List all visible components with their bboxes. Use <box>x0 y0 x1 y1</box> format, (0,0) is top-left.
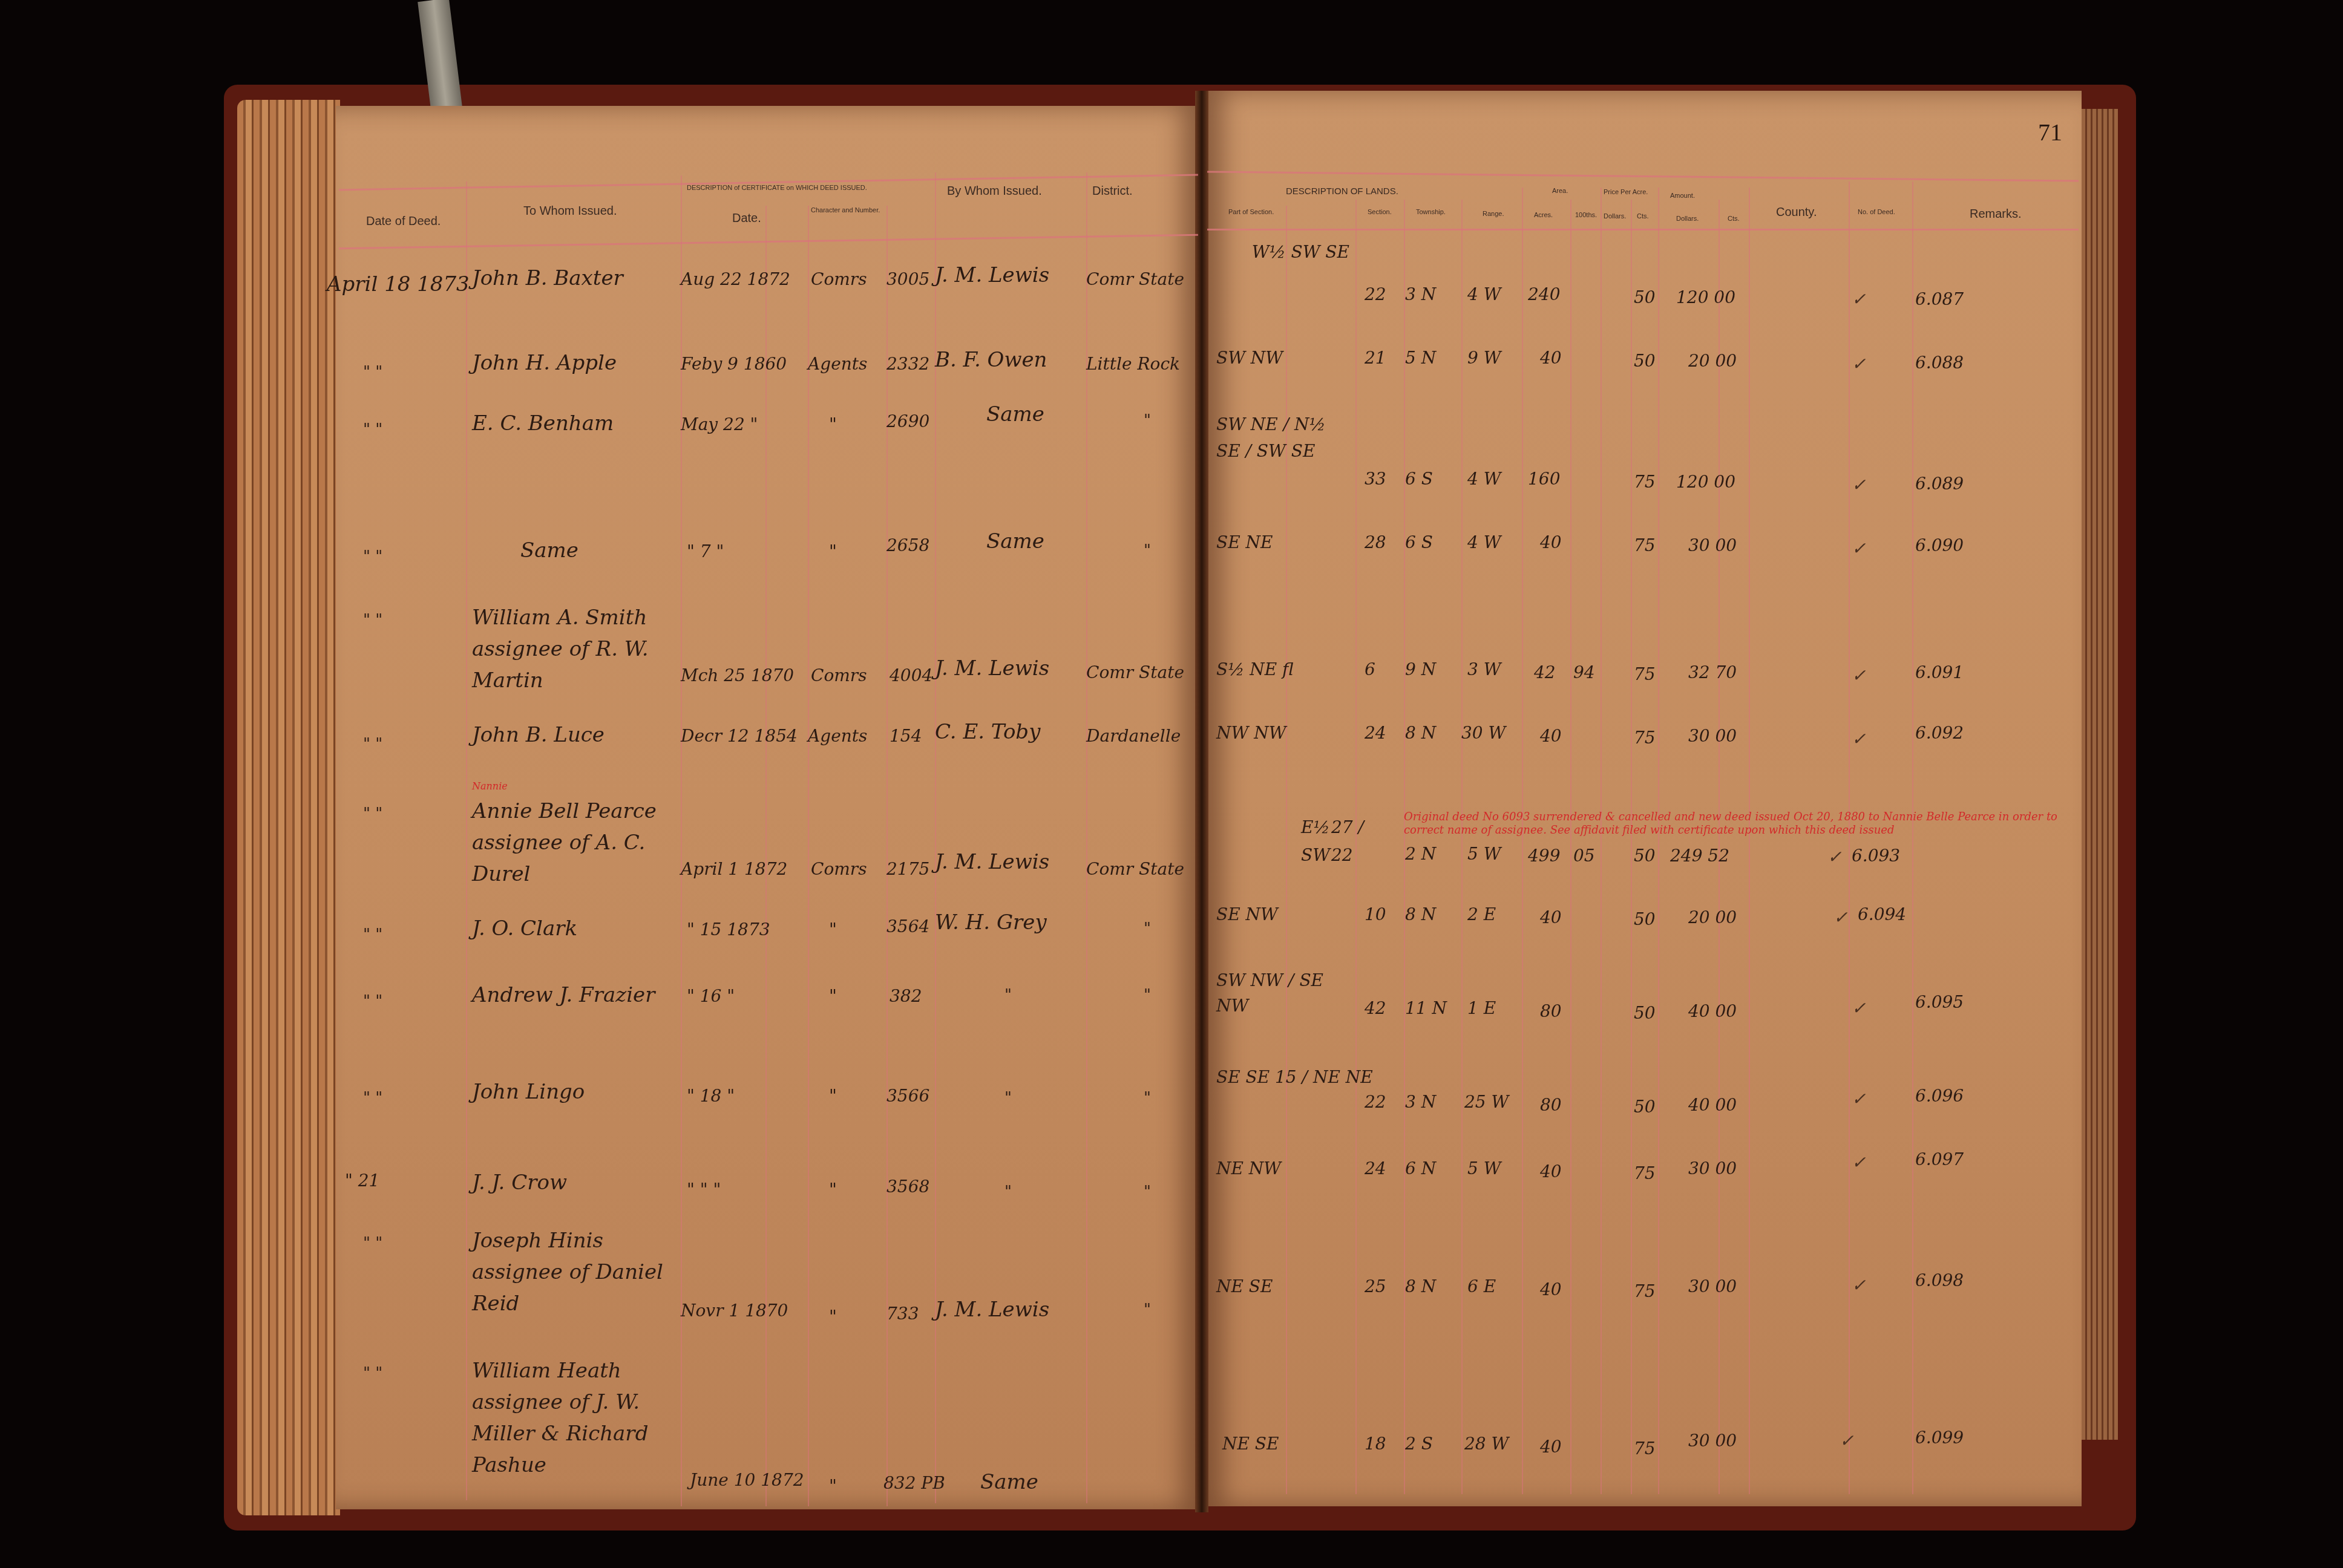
land-section: 28 <box>1365 532 1386 552</box>
land-amount: 20 00 <box>1688 907 1737 927</box>
land-section: 10 <box>1365 904 1386 924</box>
entry-date: " " <box>363 1089 382 1107</box>
entry-by-whom: " <box>1004 1183 1012 1201</box>
land-price: 50 <box>1634 1097 1656 1117</box>
entry-name: E. C. Benham <box>472 411 614 436</box>
land-amount: 30 00 <box>1688 726 1737 746</box>
land-section: 6 <box>1365 659 1375 679</box>
land-township: 6 S <box>1405 532 1433 552</box>
land-price: 50 <box>1634 1003 1656 1023</box>
column-rule <box>1601 188 1602 1494</box>
land-price: 50 <box>1634 287 1656 307</box>
entry-name: Andrew J. Frazier <box>472 983 655 1007</box>
deed-number: 6.095 <box>1915 992 1964 1012</box>
land-price: 75 <box>1634 664 1656 684</box>
header-district: District. <box>1092 185 1133 198</box>
entry-district: " <box>1144 541 1151 560</box>
entry-name: Annie Bell Pearce assignee of A. C. Dure… <box>472 795 672 890</box>
entry-date: " " <box>363 547 382 566</box>
entry-district: Comr State <box>1086 859 1184 879</box>
entry-date: April 18 1873 <box>327 272 470 296</box>
deed-number: 6.090 <box>1915 535 1964 555</box>
land-amount: 30 00 <box>1688 535 1737 555</box>
land-township: 11 N <box>1405 998 1447 1018</box>
entry-number: 3566 <box>886 1086 929 1106</box>
header-lands-group: DESCRIPTION OF LANDS. <box>1286 186 1398 197</box>
entry-district: Dardanelle <box>1086 726 1181 746</box>
entry-by-whom: " <box>1004 1089 1012 1107</box>
entry-date: " " <box>363 926 382 944</box>
land-section: 25 <box>1365 1276 1386 1296</box>
land-hundredths: 05 <box>1573 846 1595 866</box>
deed-number: 6.098 <box>1915 1270 1964 1290</box>
entry-number: 4004 <box>890 665 932 685</box>
land-part: SE NE <box>1216 532 1273 552</box>
county-check-mark: ✓ <box>1852 1089 1866 1109</box>
land-amount: 30 00 <box>1688 1431 1737 1451</box>
land-acres: 40 <box>1540 1161 1562 1181</box>
header-character-number: Character and Number. <box>811 207 880 214</box>
deed-number: 6.091 <box>1915 662 1964 682</box>
entry-district: " <box>1144 1089 1151 1107</box>
land-price: 75 <box>1634 1163 1656 1183</box>
deed-number: 6.099 <box>1915 1428 1964 1448</box>
entry-number: 2332 <box>886 354 929 374</box>
land-acres: 40 <box>1540 532 1562 552</box>
land-range: 1 E <box>1467 998 1496 1018</box>
land-acres: 42 <box>1534 662 1556 682</box>
name-correction: Nannie <box>472 780 508 792</box>
entry-character: " <box>829 1086 837 1106</box>
land-range: 25 W <box>1464 1092 1509 1112</box>
header-no-of-deed: No. of Deed. <box>1858 209 1895 216</box>
land-part: NE SE <box>1216 1276 1273 1296</box>
land-part: NE NW <box>1216 1158 1281 1178</box>
entry-district: " <box>1144 1301 1151 1319</box>
land-price: 75 <box>1634 472 1656 492</box>
entry-name: John B. Baxter <box>472 266 623 290</box>
header-acres: Acres. <box>1534 212 1553 219</box>
deed-number: 6.088 <box>1915 353 1964 373</box>
land-range: 5 W <box>1467 844 1501 864</box>
entry-name: Joseph Hinis assignee of Daniel Reid <box>472 1225 672 1319</box>
entry-number: 382 <box>890 986 922 1006</box>
county-check-mark: ✓ <box>1852 354 1866 374</box>
entry-by-whom: W. H. Grey <box>935 910 1047 935</box>
entry-name: John Lingo <box>472 1080 585 1104</box>
entry-by-whom: Same <box>986 529 1044 554</box>
page-number: 71 <box>2038 118 2062 146</box>
land-part: S½ NE fl <box>1216 659 1294 679</box>
deed-number: 6.089 <box>1915 474 1964 494</box>
entry-district: Comr State <box>1086 662 1184 682</box>
header-part-of-section: Part of Section. <box>1228 209 1274 216</box>
land-section: 33 <box>1365 469 1386 489</box>
entry-date: " " <box>363 992 382 1010</box>
land-range: 2 E <box>1467 904 1496 924</box>
entry-name: William Heath assignee of J. W. Miller &… <box>472 1355 678 1481</box>
entry-character: Agents <box>808 726 867 746</box>
entry-district: Little Rock <box>1086 354 1180 374</box>
header-hundredths: 100ths. <box>1575 212 1597 219</box>
land-part: NE SE <box>1222 1434 1279 1454</box>
land-part: SW NW / SE NW <box>1216 968 1349 1019</box>
entry-cert-date: May 22 " <box>681 414 758 434</box>
entry-date: " " <box>363 735 382 753</box>
land-township: 3 N <box>1405 1092 1436 1112</box>
header-amount-group: Amount. <box>1670 192 1695 200</box>
entry-cert-date: Novr 1 1870 <box>681 1301 788 1321</box>
header-bottom-rule-right <box>1207 229 2079 230</box>
entry-cert-date: Feby 9 1860 <box>681 354 787 374</box>
entry-cert-date: Mch 25 1870 <box>681 665 794 685</box>
entry-cert-date: Decr 12 1854 <box>681 726 798 746</box>
land-section: 18 <box>1365 1434 1386 1454</box>
land-range: 4 W <box>1467 532 1501 552</box>
entry-cert-date: " 15 1873 <box>687 920 770 939</box>
deed-number: 6.096 <box>1915 1086 1964 1106</box>
column-rule <box>1912 181 1913 1494</box>
remark-red-annotation: Original deed No 6093 surrendered & canc… <box>1404 811 2094 837</box>
land-part: NW NW <box>1216 723 1286 743</box>
land-section: 24 <box>1365 723 1386 743</box>
land-acres: 40 <box>1540 1279 1562 1299</box>
entry-character: Comrs <box>811 665 867 685</box>
entry-cert-date: " " " <box>687 1180 721 1200</box>
land-section: 22 <box>1365 1092 1386 1112</box>
deed-number: 6.092 <box>1915 723 1964 743</box>
column-rule <box>1749 188 1750 1494</box>
entry-character: " <box>829 1307 837 1327</box>
land-price: 75 <box>1634 1281 1656 1301</box>
header-to-whom-issued: To Whom Issued. <box>523 204 617 218</box>
land-price: 75 <box>1634 728 1656 748</box>
deed-number: 6.094 <box>1858 904 1906 924</box>
header-amount-dollars: Dollars. <box>1676 215 1699 223</box>
land-range: 6 E <box>1467 1276 1496 1296</box>
land-acres: 80 <box>1540 1095 1562 1115</box>
entry-date: " " <box>363 363 382 381</box>
land-section: 27 / 22 <box>1331 814 1368 869</box>
entry-cert-date: April 1 1872 <box>681 859 787 879</box>
entry-by-whom: C. E. Toby <box>935 720 1040 744</box>
header-township: Township. <box>1416 209 1446 216</box>
entry-number: 2658 <box>886 535 929 555</box>
deed-number: 6.087 <box>1915 289 1964 309</box>
entry-by-whom: Same <box>980 1470 1038 1494</box>
county-check-mark: ✓ <box>1827 847 1841 867</box>
entry-number: 2690 <box>886 411 929 431</box>
column-rule <box>1286 206 1287 1494</box>
entry-district: Comr State <box>1086 269 1184 289</box>
deed-number: 6.097 <box>1915 1149 1964 1169</box>
header-certificate-group: DESCRIPTION of CERTIFICATE on WHICH DEED… <box>687 185 867 192</box>
header-cert-date: Date. <box>732 212 761 226</box>
entry-district: " <box>1144 920 1151 938</box>
entry-by-whom: B. F. Owen <box>935 348 1047 372</box>
header-area-group: Area. <box>1552 188 1568 195</box>
column-rule <box>1522 188 1523 1494</box>
entry-number: 154 <box>890 726 922 746</box>
column-rule <box>808 206 809 1506</box>
land-acres: 40 <box>1540 726 1562 746</box>
book-gutter <box>1195 91 1208 1512</box>
header-amount-cents: Cts. <box>1728 215 1740 223</box>
land-acres: 80 <box>1540 1001 1562 1021</box>
entry-by-whom: " <box>1004 986 1012 1004</box>
land-part: SE SE 15 / NE NE <box>1216 1065 1398 1090</box>
land-hundredths: 94 <box>1573 662 1595 682</box>
entry-number: 832 PB <box>883 1473 945 1493</box>
entry-name: John B. Luce <box>472 723 605 747</box>
land-township: 6 N <box>1405 1158 1436 1178</box>
entry-cert-date: " 7 " <box>687 541 724 561</box>
land-range: 9 W <box>1467 348 1501 368</box>
entry-character: Agents <box>808 354 867 374</box>
entry-district: " <box>1144 1183 1151 1201</box>
entry-date: " " <box>363 1234 382 1252</box>
land-township: 9 N <box>1405 659 1436 679</box>
land-range: 5 W <box>1467 1158 1501 1178</box>
entry-date: " " <box>363 611 382 629</box>
land-price: 50 <box>1634 351 1656 371</box>
deed-number: 6.093 <box>1852 846 1900 866</box>
entry-by-whom: J. M. Lewis <box>935 263 1049 287</box>
entry-number: 3564 <box>886 916 929 936</box>
entry-cert-date: June 10 1872 <box>690 1470 804 1490</box>
county-check-mark: ✓ <box>1852 729 1866 749</box>
entry-character: " <box>829 1180 837 1200</box>
county-check-mark: ✓ <box>1852 998 1866 1018</box>
land-range: 4 W <box>1467 284 1501 304</box>
entry-number: 3005 <box>886 269 929 289</box>
land-price: 75 <box>1634 535 1656 555</box>
land-amount: 249 52 <box>1670 846 1729 866</box>
county-check-mark: ✓ <box>1852 665 1866 685</box>
column-rule <box>1461 200 1463 1494</box>
entry-name: Same <box>520 538 578 563</box>
column-rule <box>1570 200 1571 1494</box>
entry-cert-date: " 18 " <box>687 1086 735 1106</box>
header-by-whom-issued: By Whom Issued. <box>947 185 1042 198</box>
entry-number: 2175 <box>886 859 929 879</box>
land-price: 50 <box>1634 909 1656 929</box>
land-price: 50 <box>1634 846 1656 866</box>
land-amount: 120 00 <box>1676 287 1735 307</box>
county-check-mark: ✓ <box>1852 1152 1866 1172</box>
entry-name: John H. Apple <box>472 351 617 375</box>
entry-name: J. J. Crow <box>472 1171 567 1195</box>
land-amount: 30 00 <box>1688 1158 1737 1178</box>
land-acres: 40 <box>1540 907 1562 927</box>
land-range: 30 W <box>1461 723 1506 743</box>
land-township: 5 N <box>1405 348 1436 368</box>
land-amount: 120 00 <box>1676 472 1735 492</box>
land-amount: 32 70 <box>1688 662 1737 682</box>
header-range: Range. <box>1483 211 1504 218</box>
header-county: County. <box>1776 206 1817 220</box>
land-range: 28 W <box>1464 1434 1509 1454</box>
land-price: 75 <box>1634 1439 1656 1459</box>
land-township: 8 N <box>1405 723 1436 743</box>
column-rule <box>466 181 467 1500</box>
county-check-mark: ✓ <box>1840 1431 1853 1451</box>
header-price-cents: Cts. <box>1637 213 1649 220</box>
county-check-mark: ✓ <box>1852 475 1866 495</box>
entry-name: J. O. Clark <box>472 916 577 941</box>
page-edges <box>237 100 340 1515</box>
land-acres: 240 <box>1528 284 1560 304</box>
right-page-edges <box>2082 109 2118 1440</box>
column-rule <box>1658 188 1659 1494</box>
entry-cert-date: Aug 22 1872 <box>681 269 790 289</box>
land-acres: 499 <box>1528 846 1560 866</box>
land-acres: 40 <box>1540 348 1562 368</box>
header-section: Section. <box>1368 209 1392 216</box>
land-part: SE NW <box>1216 904 1278 924</box>
land-section: 21 <box>1365 348 1386 368</box>
land-amount: 40 00 <box>1688 1001 1737 1021</box>
entry-character: Comrs <box>811 859 867 879</box>
land-part: W½ SW SE <box>1216 242 1349 262</box>
land-part: SW NW <box>1216 348 1283 368</box>
land-range: 4 W <box>1467 469 1501 489</box>
land-township: 2 N <box>1405 844 1436 864</box>
county-check-mark: ✓ <box>1852 1275 1866 1295</box>
land-township: 3 N <box>1405 284 1436 304</box>
header-remarks: Remarks. <box>1970 207 2022 221</box>
entry-by-whom: J. M. Lewis <box>935 1298 1049 1322</box>
entry-date: " " <box>363 420 382 439</box>
entry-cert-date: " 16 " <box>687 986 735 1006</box>
county-check-mark: ✓ <box>1852 289 1866 309</box>
land-township: 8 N <box>1405 904 1436 924</box>
column-rule <box>1849 181 1850 1494</box>
entry-number: 733 <box>886 1304 919 1324</box>
entry-character: " <box>829 986 837 1006</box>
land-part: SW NE / N½ SE / SW SE <box>1216 411 1349 465</box>
land-acres: 40 <box>1540 1437 1562 1457</box>
entry-by-whom: Same <box>986 402 1044 426</box>
land-township: 2 S <box>1405 1434 1433 1454</box>
land-range: 3 W <box>1467 659 1501 679</box>
header-price-group: Price Per Acre. <box>1604 189 1648 196</box>
land-township: 6 S <box>1405 469 1433 489</box>
entry-date: " 21 <box>345 1171 379 1191</box>
entry-character: " <box>829 920 837 939</box>
entry-date: " " <box>363 1364 382 1382</box>
entry-number: 3568 <box>886 1177 929 1197</box>
land-amount: 30 00 <box>1688 1276 1737 1296</box>
county-check-mark: ✓ <box>1852 538 1866 558</box>
land-township: 8 N <box>1405 1276 1436 1296</box>
entry-by-whom: J. M. Lewis <box>935 850 1049 874</box>
entry-character: " <box>829 1476 837 1496</box>
entry-date: " " <box>363 805 382 823</box>
land-section: 42 <box>1365 998 1386 1018</box>
land-amount: 20 00 <box>1688 351 1737 371</box>
entry-district: " <box>1144 411 1151 430</box>
land-section: 24 <box>1365 1158 1386 1178</box>
entry-character: Comrs <box>811 269 867 289</box>
entry-district: " <box>1144 986 1151 1004</box>
header-date-of-deed: Date of Deed. <box>366 215 441 229</box>
land-acres: 160 <box>1528 469 1560 489</box>
county-check-mark: ✓ <box>1833 907 1847 927</box>
entry-name: William A. Smith assignee of R. W. Marti… <box>472 602 672 696</box>
entry-character: " <box>829 541 837 561</box>
land-amount: 40 00 <box>1688 1095 1737 1115</box>
land-section: 22 <box>1365 284 1386 304</box>
entry-by-whom: J. M. Lewis <box>935 656 1049 681</box>
entry-character: " <box>829 414 837 434</box>
header-price-dollars: Dollars. <box>1604 213 1626 220</box>
column-rule <box>1631 200 1632 1494</box>
